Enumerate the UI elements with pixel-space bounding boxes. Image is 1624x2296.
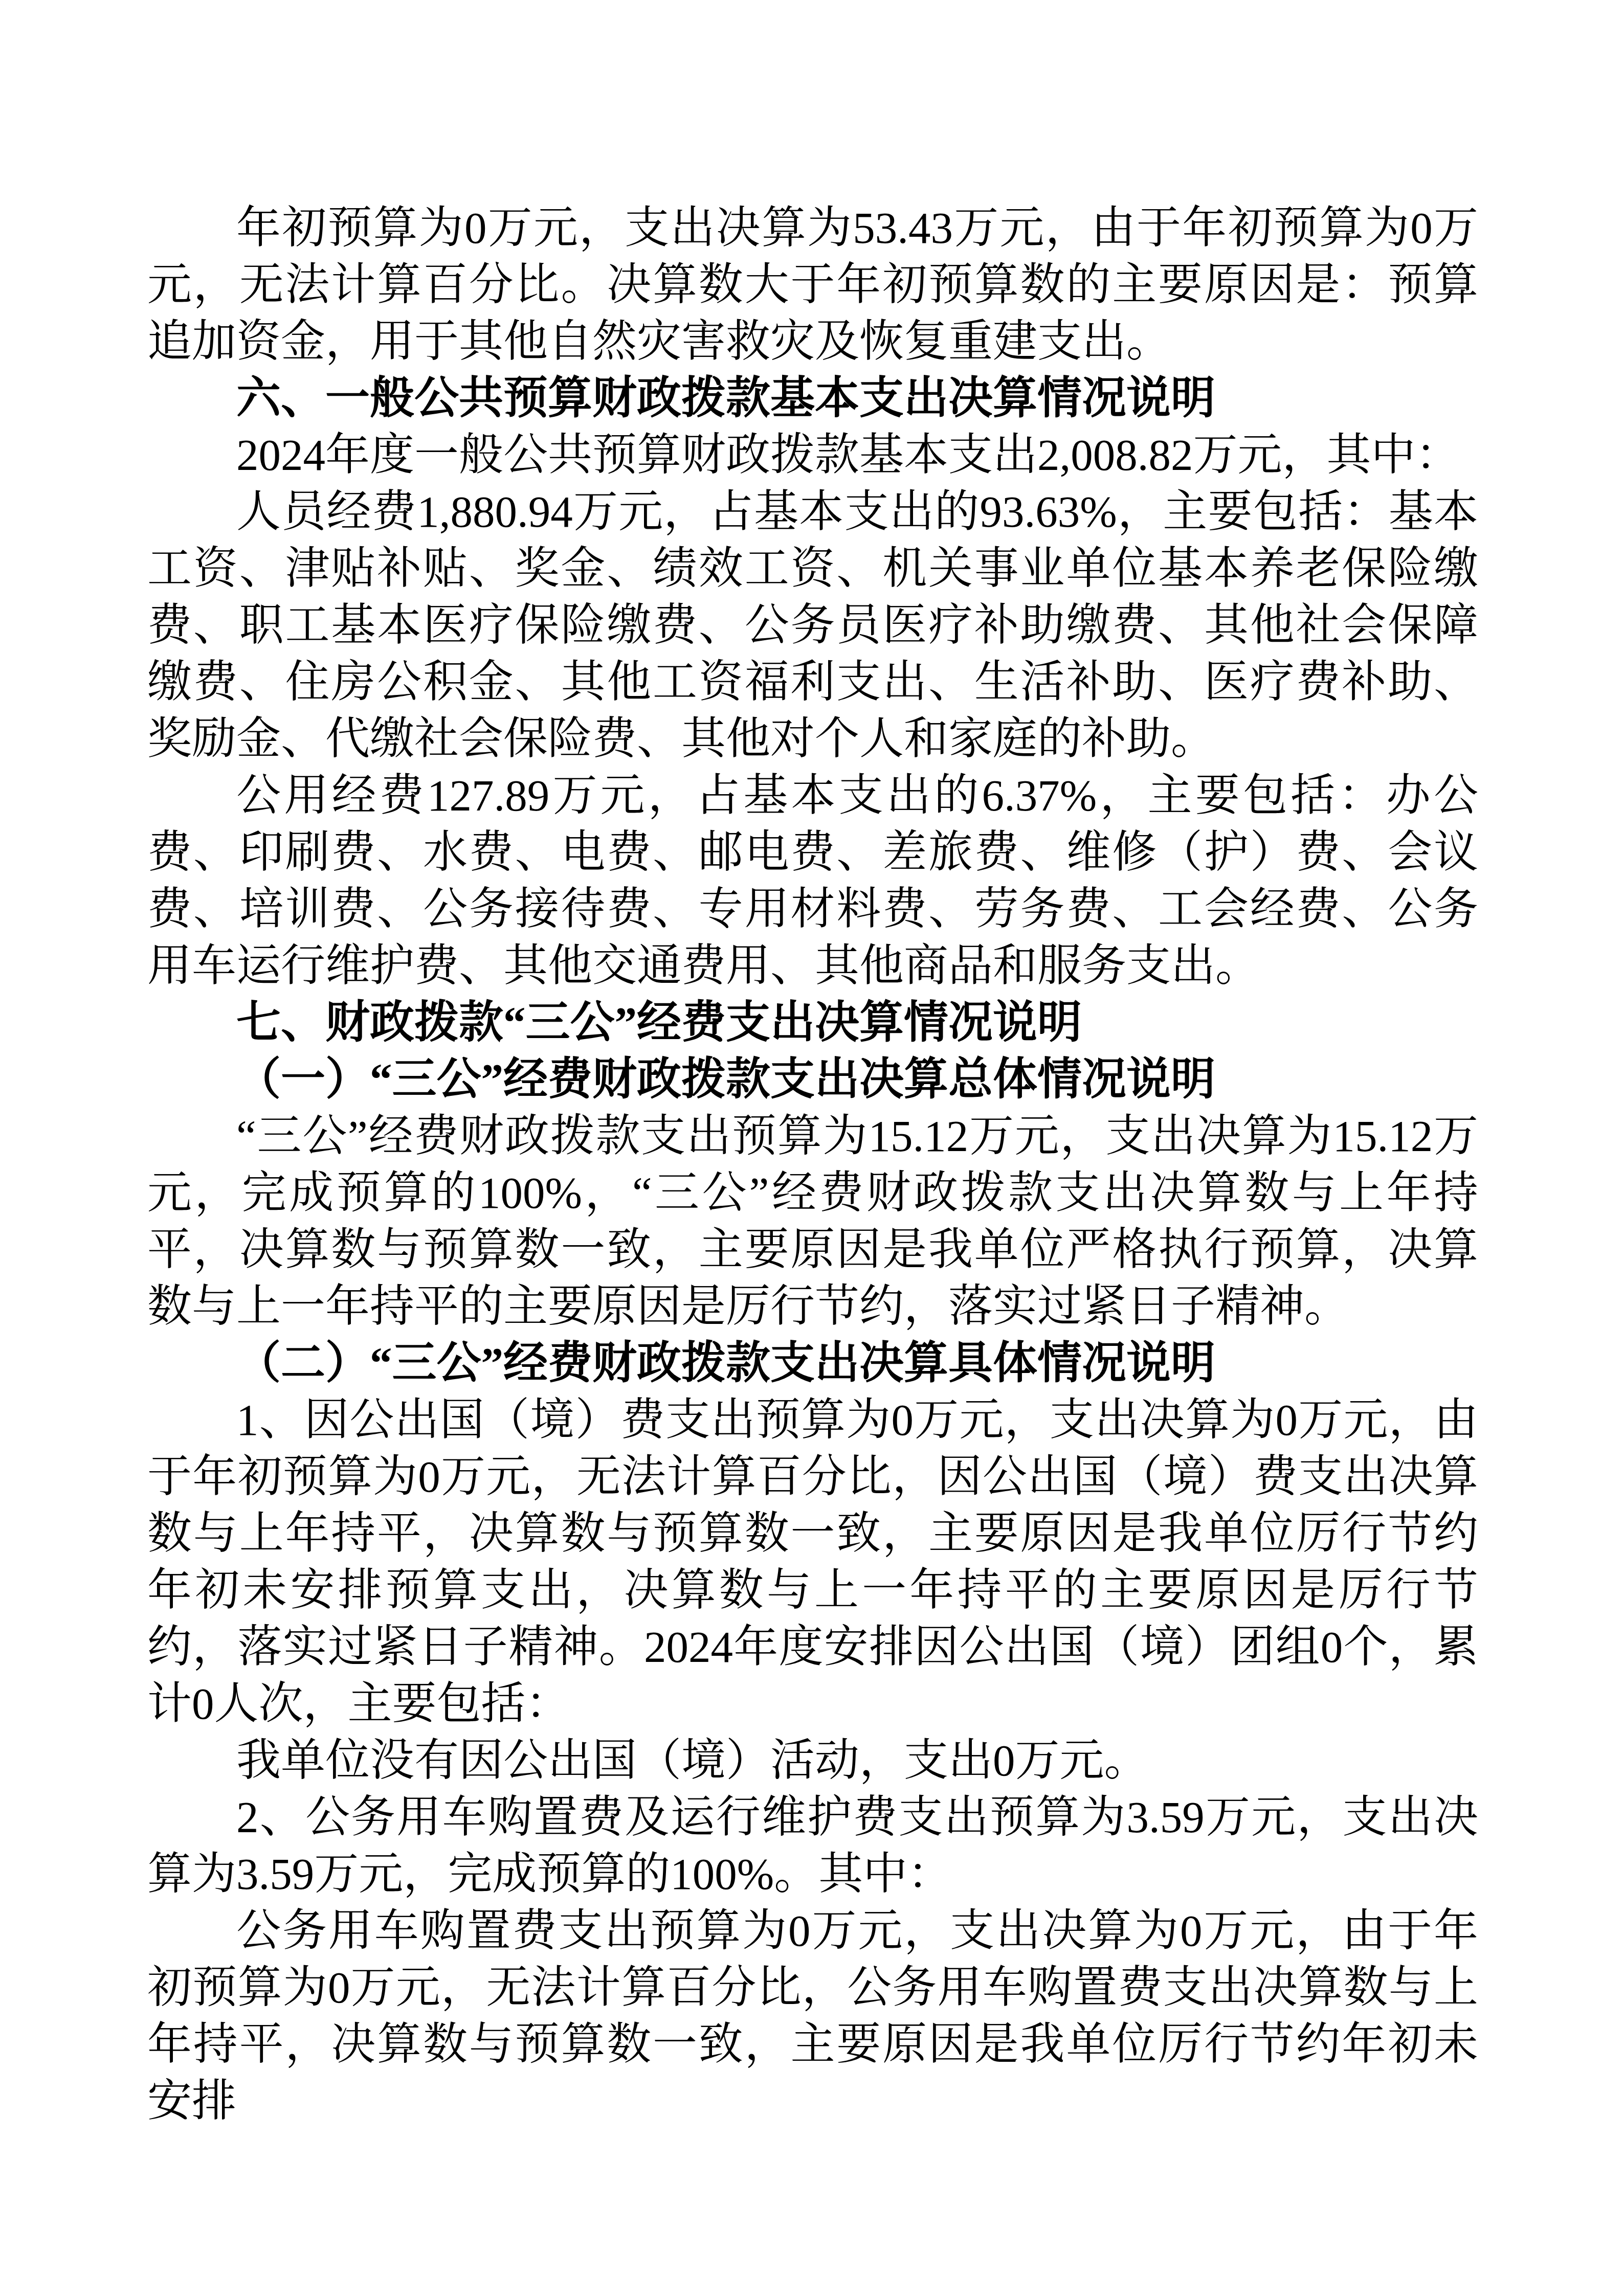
section-heading: 七、财政拨款“三公”经费支出决算情况说明 bbox=[147, 994, 1478, 1051]
body-paragraph: 年初预算为0万元，支出决算为53.43万元，由于年初预算为0万元，无法计算百分比… bbox=[147, 199, 1478, 370]
section-heading: （一）“三公”经费财政拨款支出决算总体情况说明 bbox=[147, 1051, 1478, 1108]
body-paragraph: “三公”经费财政拨款支出预算为15.12万元，支出决算为15.12万元，完成预算… bbox=[147, 1108, 1478, 1335]
body-paragraph: 2、公务用车购置费及运行维护费支出预算为3.59万元，支出决算为3.59万元，完… bbox=[147, 1789, 1478, 1902]
body-paragraph: 公务用车购置费支出预算为0万元，支出决算为0万元，由于年初预算为0万元，无法计算… bbox=[147, 1902, 1478, 2129]
section-heading: 六、一般公共预算财政拨款基本支出决算情况说明 bbox=[147, 370, 1478, 426]
body-paragraph: 人员经费1,880.94万元，占基本支出的93.63%，主要包括：基本工资、津贴… bbox=[147, 483, 1478, 767]
section-heading: （二）“三公”经费财政拨款支出决算具体情况说明 bbox=[147, 1335, 1478, 1391]
body-paragraph: 2024年度一般公共预算财政拨款基本支出2,008.82万元，其中： bbox=[147, 426, 1478, 483]
document-page: 年初预算为0万元，支出决算为53.43万元，由于年初预算为0万元，无法计算百分比… bbox=[0, 0, 1624, 2296]
body-paragraph: 公用经费127.89万元，占基本支出的6.37%，主要包括：办公费、印刷费、水费… bbox=[147, 767, 1478, 994]
document-body: 年初预算为0万元，支出决算为53.43万元，由于年初预算为0万元，无法计算百分比… bbox=[147, 199, 1478, 2129]
body-paragraph: 1、因公出国（境）费支出预算为0万元，支出决算为0万元，由于年初预算为0万元，无… bbox=[147, 1391, 1478, 1732]
body-paragraph: 我单位没有因公出国（境）活动，支出0万元。 bbox=[147, 1732, 1478, 1789]
